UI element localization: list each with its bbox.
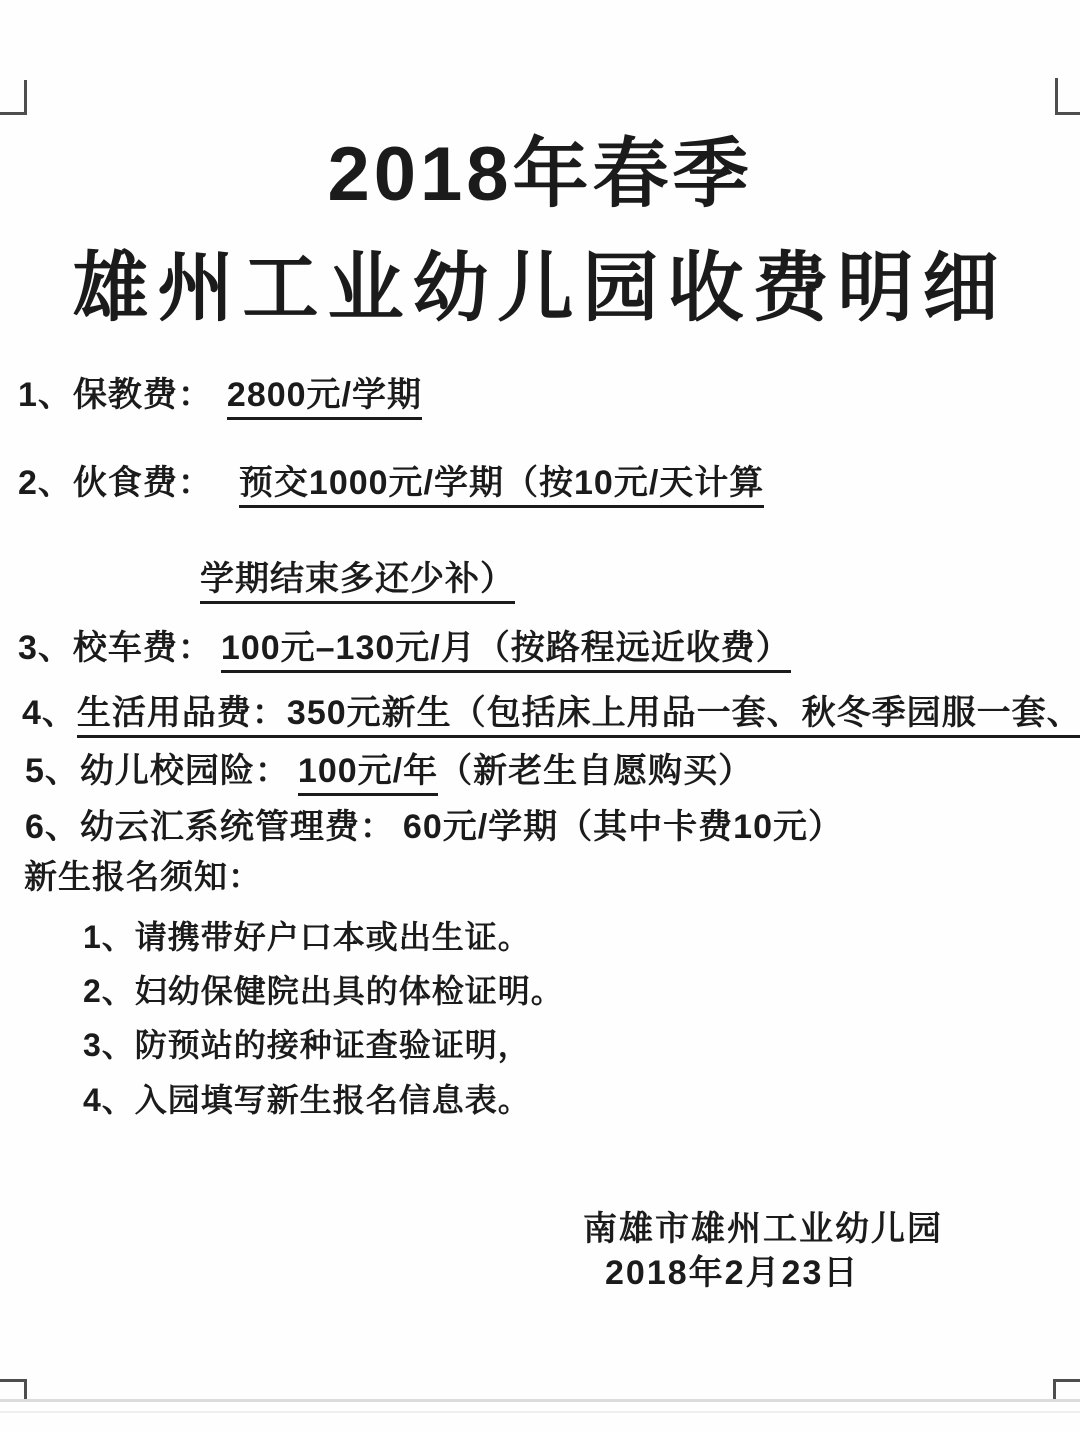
fee-item-5: 5、幼儿校园险：100元/年（新老生自愿购买） [25,750,753,792]
document-title-line2: 雄州工业幼儿园收费明细 [0,246,1080,332]
fee-item-1-value: 2800元/学期 [227,376,422,420]
crop-mark-top-right-icon [1055,78,1080,115]
notice-item-2: 2、妇幼保健院出具的体检证明。 [83,970,564,1012]
fee-item-5-value: 100元/年 [298,752,438,796]
footer-organization: 南雄市雄州工业幼儿园 [583,1208,943,1250]
fee-item-4-label: 4、 [22,694,77,732]
fee-item-4-value: 生活用品费：350元新生（包括床上用品一套、秋冬季园服一套、书包一个） [77,694,1080,738]
fee-item-4: 4、生活用品费：350元新生（包括床上用品一套、秋冬季园服一套、书包一个） [22,692,1080,734]
document-page: 2018年春季 雄州工业幼儿园收费明细 1、保教费：2800元/学期 2、伙食费… [0,0,1080,1432]
notice-item-4: 4、入园填写新生报名信息表。 [83,1079,531,1121]
fee-item-3: 3、校车费：100元–130元/月（按路程远近收费） [18,627,791,669]
fee-item-6-value: 60元/学期（其中卡费10元） [403,808,843,846]
document-title-line1: 2018年春季 [0,132,1080,218]
fee-item-2-continuation: 学期结束多还少补） [200,558,515,600]
fee-item-6: 6、幼云汇系统管理费：60元/学期（其中卡费10元） [25,806,843,848]
fee-item-5-label: 5、幼儿校园险： [25,752,290,790]
notice-item-1: 1、请携带好户口本或出生证。 [83,916,531,958]
footer-date: 2018年2月23日 [605,1252,859,1294]
fee-item-5-note: （新老生自愿购买） [438,752,753,790]
fee-item-1-label: 1、保教费： [18,376,213,414]
fee-item-2-value: 预交1000元/学期（按10元/天计算 [239,464,764,508]
fee-item-2: 2、伙食费：预交1000元/学期（按10元/天计算 [18,462,764,504]
crop-mark-top-left-icon [0,80,27,115]
photo-edge-line [0,1399,1080,1402]
fee-item-2-continuation-value: 学期结束多还少补） [200,560,515,604]
notice-item-3: 3、防预站的接种证查验证明， [83,1024,531,1066]
fee-item-6-label: 6、幼云汇系统管理费： [25,808,395,846]
fee-item-2-label: 2、伙食费： [18,464,213,502]
fee-item-3-label: 3、校车费： [18,629,213,667]
fee-item-3-value: 100元–130元/月（按路程远近收费） [221,629,791,673]
photo-edge-line-faint [0,1411,1080,1413]
notice-heading: 新生报名须知： [24,856,262,898]
fee-item-1: 1、保教费：2800元/学期 [18,374,422,416]
